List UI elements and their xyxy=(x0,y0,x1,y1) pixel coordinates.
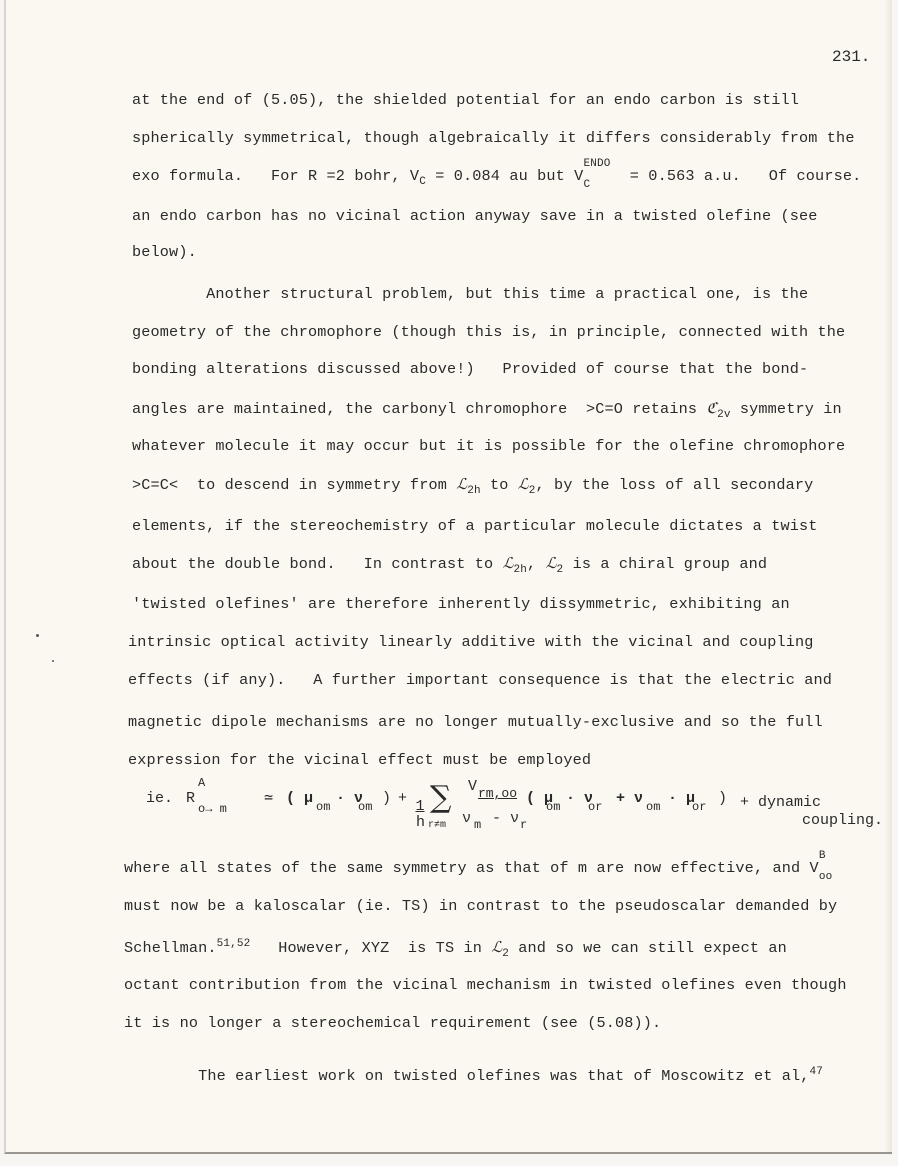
text-span: about the double bond. In contrast to xyxy=(132,555,503,573)
text-span: symmetry in xyxy=(731,400,842,418)
text-span: = 0.563 a.u. Of course. xyxy=(621,167,862,185)
subscript: om xyxy=(316,800,330,814)
text-line: magnetic dipole mechanisms are no longer… xyxy=(128,712,823,732)
text-span: retains xyxy=(623,400,706,418)
eq-term: · μ xyxy=(668,790,695,807)
text-span: However, XYZ is TS in xyxy=(250,939,491,957)
subscript: oo xyxy=(819,867,833,887)
vicinal-effect-equation: ie. R A o→ m ≃ ( μ om · ν om ) + 1 h ∑ r… xyxy=(146,778,866,838)
paper-speck xyxy=(36,634,39,637)
text-span: = 0.084 au but V xyxy=(426,167,584,185)
eq-summation: ∑ xyxy=(430,780,451,815)
subscript: o→ m xyxy=(198,802,227,816)
symmetry-group-symbol: ℒ xyxy=(503,554,514,572)
eq-fraction-denominator: ν xyxy=(462,810,471,827)
text-line-formula: >C=C< to descend in symmetry from ℒ2h to… xyxy=(132,474,813,495)
subscript: om xyxy=(546,800,560,814)
eq-paren: ) xyxy=(718,790,727,807)
text-line-formula: exo formula. For R =2 bohr, VC = 0.084 a… xyxy=(132,166,861,186)
subscript: r xyxy=(520,818,527,832)
eq-term: - ν xyxy=(492,810,519,827)
text-line-formula: where all states of the same symmetry as… xyxy=(124,858,837,878)
text-line: it is no longer a stereochemical require… xyxy=(124,1013,661,1033)
olefine-formula: >C=C< xyxy=(132,476,178,494)
text-line: elements, if the stereochemistry of a pa… xyxy=(132,516,818,536)
text-line-formula: The earliest work on twisted olefines wa… xyxy=(124,1066,823,1086)
eq-plus: + xyxy=(398,790,407,807)
text-line: geometry of the chromophore (though this… xyxy=(132,322,845,342)
paper-speck xyxy=(52,660,54,662)
text-span: is a chiral group and xyxy=(563,555,767,573)
sup-sub-pair: ENDOCENDO xyxy=(583,166,620,186)
sup-sub-pair: Boooo xyxy=(819,858,838,878)
text-line: an endo carbon has no vicinal action any… xyxy=(132,206,818,226)
text-span: The earliest work on twisted olefines wa… xyxy=(124,1067,810,1085)
subscript: 2 xyxy=(502,948,509,960)
eq-term: ( μ xyxy=(286,790,313,807)
subscript: C xyxy=(583,175,590,195)
page-number: 231. xyxy=(832,48,870,66)
subscript: m xyxy=(474,818,481,832)
text-span: and so we can still expect an xyxy=(509,939,787,957)
text-line: at the end of (5.05), the shielded poten… xyxy=(132,90,799,110)
text-line: octant contribution from the vicinal mec… xyxy=(124,975,847,995)
subscript: rm,oo xyxy=(478,786,517,801)
text-span: Schellman. xyxy=(124,939,217,957)
text-line-formula: about the double bond. In contrast to ℒ2… xyxy=(132,553,767,574)
symmetry-group-symbol: ℒ xyxy=(491,938,502,956)
text-span: where all states of the same symmetry as… xyxy=(124,859,819,877)
text-line: Another structural problem, but this tim… xyxy=(132,284,808,304)
eq-prefix: ie. xyxy=(146,790,173,807)
text-span: angles are maintained, the carbonyl chro… xyxy=(132,400,586,418)
subscript: or xyxy=(692,800,706,814)
text-line: below). xyxy=(132,242,197,262)
subscript: om xyxy=(358,800,372,814)
subscript: 2v xyxy=(717,409,731,421)
text-line-formula: angles are maintained, the carbonyl chro… xyxy=(132,398,842,419)
eq-approx: ≃ xyxy=(264,788,273,807)
eq-fraction-denominator: h xyxy=(416,814,425,831)
symmetry-group-symbol: ℭ xyxy=(706,399,717,417)
text-span: exo formula. For R =2 bohr, V xyxy=(132,167,419,185)
eq-tail: + dynamic xyxy=(740,794,821,811)
subscript: C xyxy=(419,176,426,188)
document-page: 231. at the end of (5.05), the shielded … xyxy=(4,0,892,1154)
text-line-formula: Schellman.51,52 However, XYZ is TS in ℒ2… xyxy=(124,937,787,958)
superscript: ENDO xyxy=(583,154,610,174)
eq-fraction-numerator: 1 xyxy=(414,798,426,815)
text-line: 'twisted olefines' are therefore inheren… xyxy=(132,594,790,614)
text-line: effects (if any). A further important co… xyxy=(128,670,832,690)
subscript: or xyxy=(588,800,602,814)
text-span: to xyxy=(481,476,518,494)
text-span: , xyxy=(527,555,546,573)
superscript: B xyxy=(819,846,826,866)
eq-fraction-numerator: V xyxy=(468,778,477,795)
citation-superscript: 47 xyxy=(810,1066,824,1078)
subscript: 2h xyxy=(467,485,481,497)
eq-tail: coupling. xyxy=(802,812,883,829)
superscript: A xyxy=(198,776,205,790)
text-span: to descend in symmetry from xyxy=(178,476,456,494)
citation-superscript: 51,52 xyxy=(217,938,251,950)
eq-term: + ν xyxy=(616,790,643,807)
text-line: expression for the vicinal effect must b… xyxy=(128,750,591,770)
page-edge-shadow xyxy=(884,0,892,1152)
subscript: 2 xyxy=(529,485,536,497)
symmetry-group-symbol: ℒ xyxy=(518,475,529,493)
subscript: r≠m xyxy=(428,820,446,831)
subscript: 2h xyxy=(514,564,528,576)
eq-rotatory-strength: R xyxy=(186,790,195,807)
symmetry-group-symbol: ℒ xyxy=(456,475,467,493)
subscript: om xyxy=(646,800,660,814)
text-line: bonding alterations discussed above!) Pr… xyxy=(132,359,808,379)
eq-paren: ) xyxy=(382,790,391,807)
carbonyl-formula: >C=O xyxy=(586,400,623,418)
symmetry-group-symbol: ℒ xyxy=(546,554,557,572)
text-line: intrinsic optical activity linearly addi… xyxy=(128,632,814,652)
text-span: , by the loss of all secondary xyxy=(536,476,814,494)
text-line: must now be a kaloscalar (ie. TS) in con… xyxy=(124,896,837,916)
text-line: whatever molecule it may occur but it is… xyxy=(132,436,845,456)
text-line: spherically symmetrical, though algebrai… xyxy=(132,128,855,148)
